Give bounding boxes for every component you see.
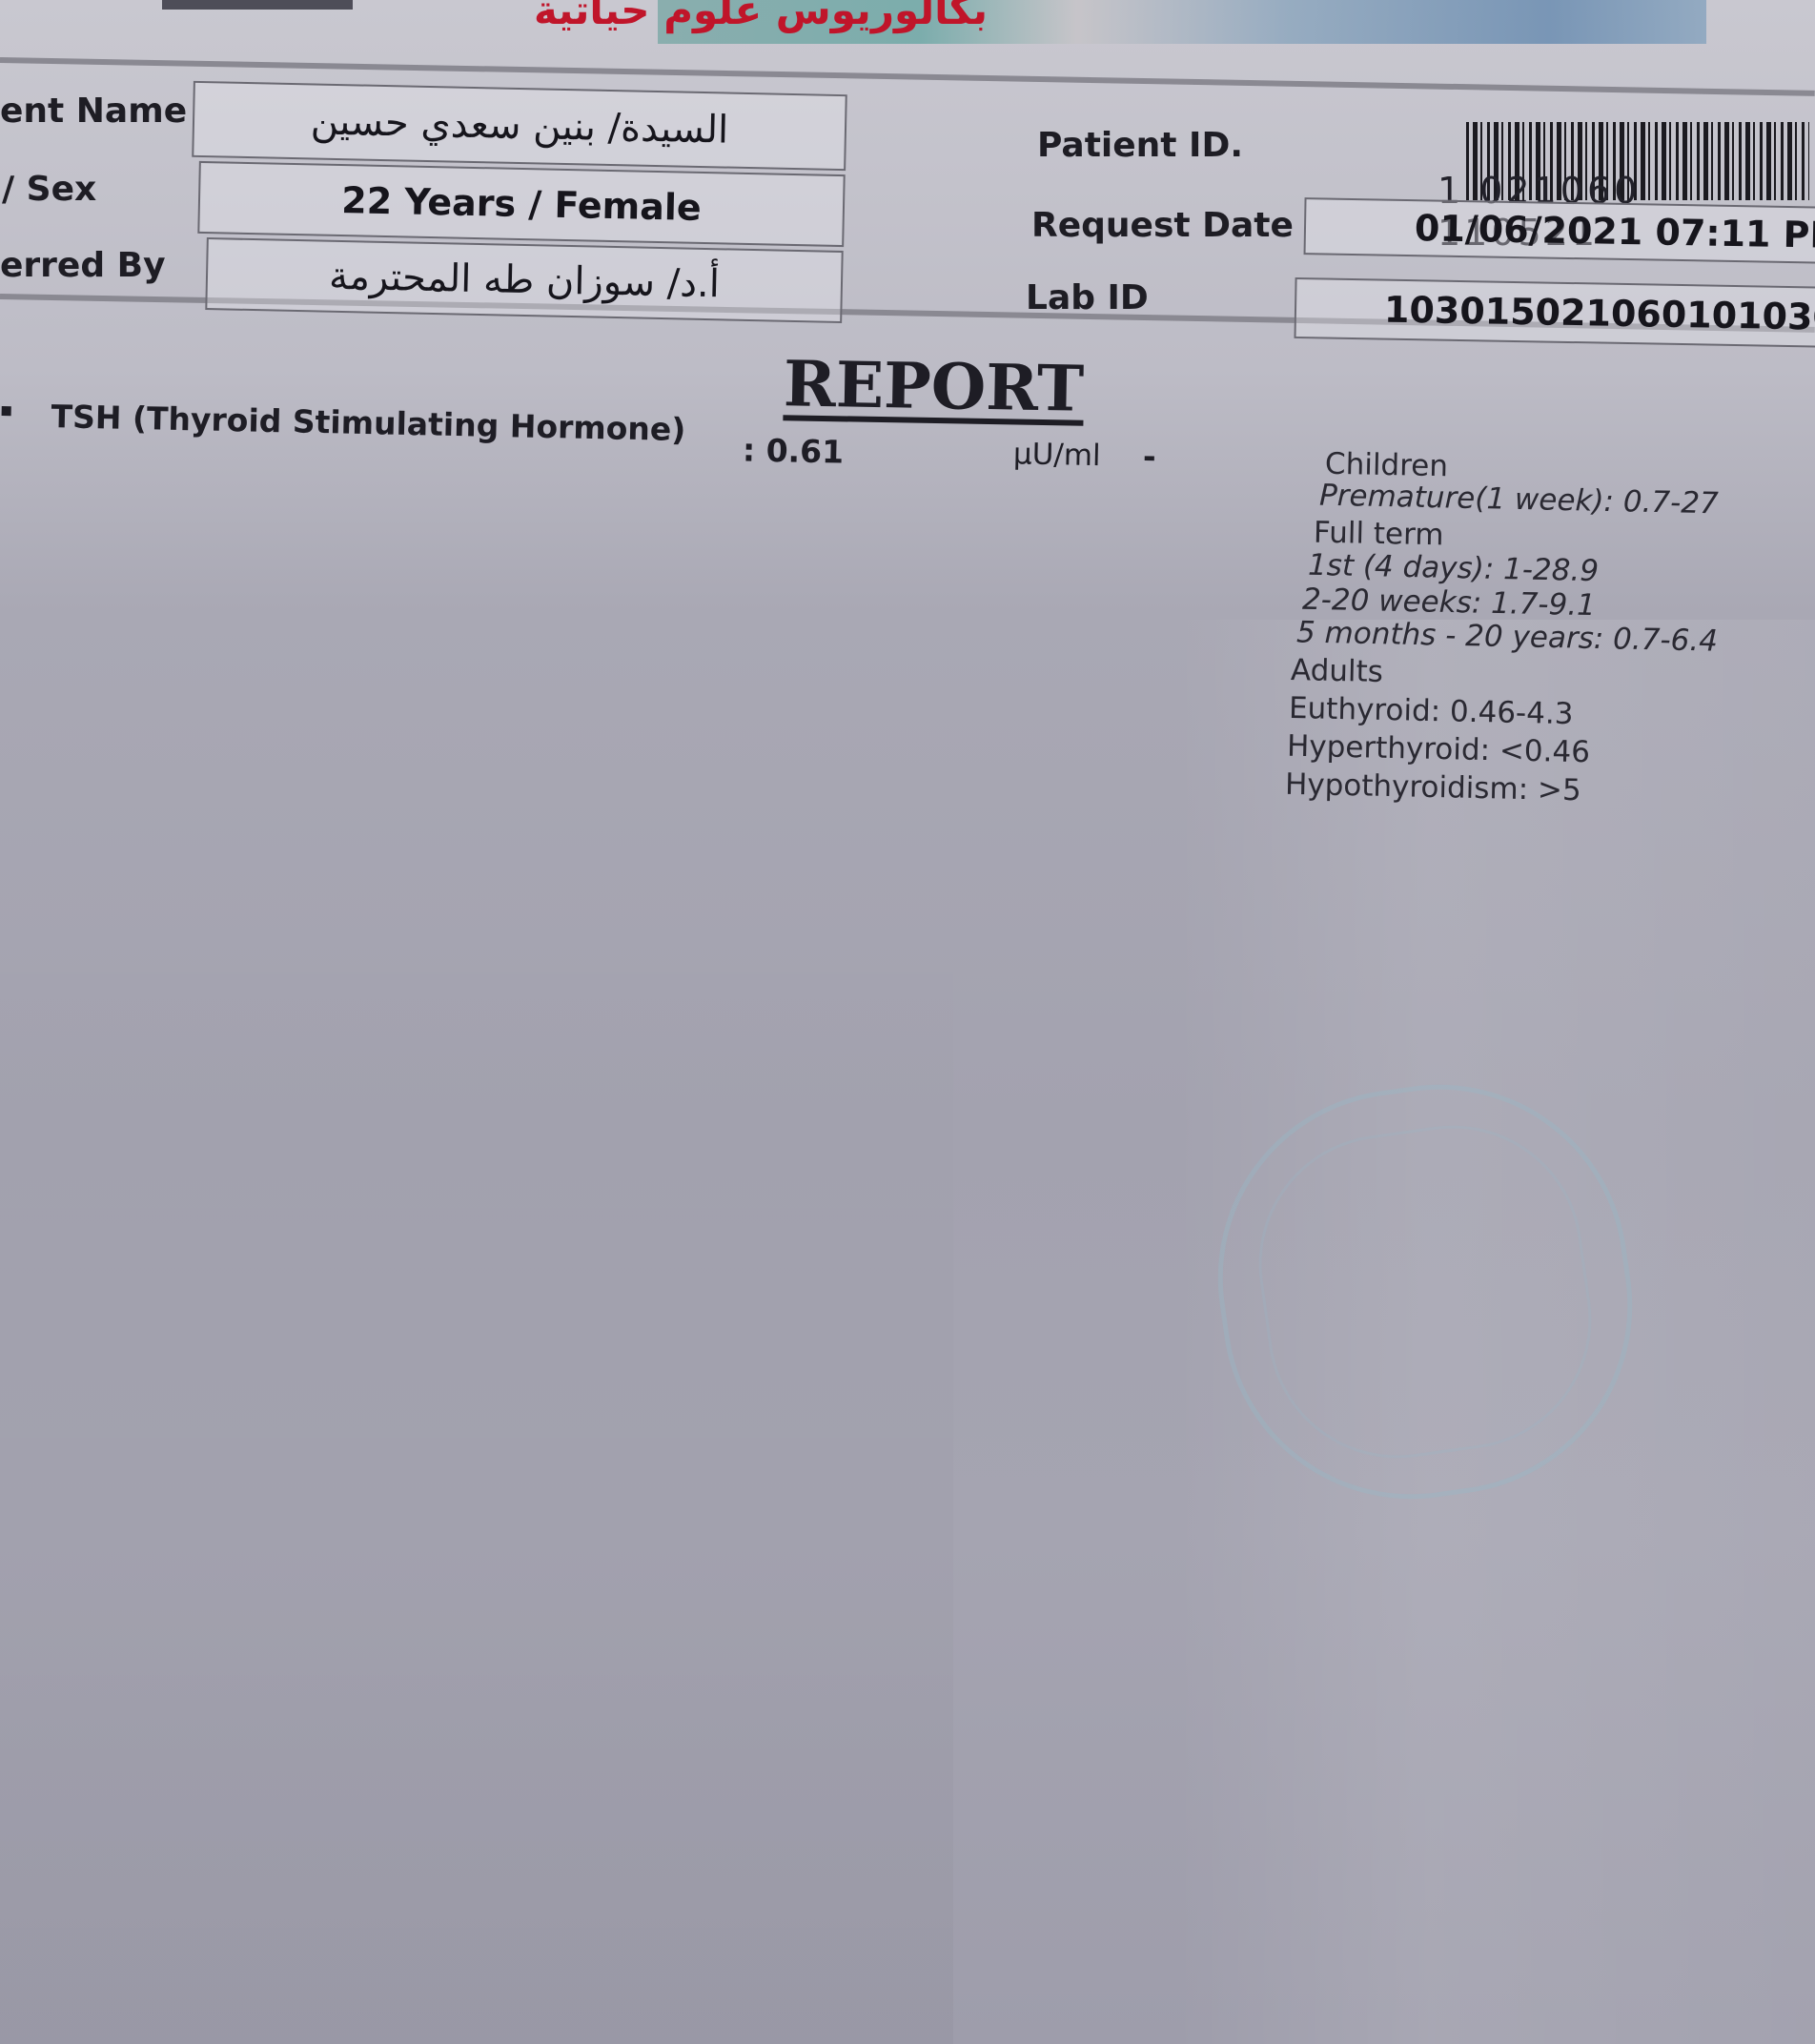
patient-id-label: Patient ID. [1037, 126, 1243, 165]
banner-title: بكالوريوس علوم حياتية [534, 0, 988, 33]
request-date-field: 01/06/2021 07:11 PM [1304, 197, 1815, 264]
reference-range-line: Hyperthyroid: <0.46 [1287, 729, 1591, 770]
lab-id-field: 10301502106010103015 [1294, 277, 1815, 348]
reference-range-line: 1st (4 days): 1-28.9 [1308, 548, 1600, 588]
reference-range-line: Adults [1291, 653, 1384, 689]
age-sex-field: 22 Years / Female [197, 161, 845, 247]
banner-strip [162, 0, 353, 10]
test-unit: µU/ml [1013, 437, 1101, 473]
test-name: TSH (Thyroid Stimulating Hormone) [51, 398, 686, 448]
paper-shading [0, 858, 953, 2044]
referred-by-field: أ.د/ سوزان طه المحترمة [205, 237, 843, 323]
test-value: : 0.61 [743, 431, 845, 470]
lab-id-label: Lab ID [1026, 278, 1149, 317]
bullet-icon [2, 406, 11, 416]
reference-range-line: Hypothyroidism: >5 [1285, 767, 1581, 807]
header-banner: بكالوريوس علوم حياتية [0, 0, 1815, 46]
patient-name-field: السيدة/ بنين سعدي حسين [192, 81, 847, 171]
patient-name-label: ent Name [0, 92, 187, 131]
reference-range-line: Premature(1 week): 0.7-27 [1319, 479, 1719, 521]
reference-range-line: Euthyroid: 0.46-4.3 [1289, 691, 1574, 731]
report-title: REPORT [783, 346, 1084, 425]
request-date-label: Request Date [1031, 206, 1294, 245]
reference-range-line: Full term [1314, 516, 1444, 553]
referred-by-label: erred By [0, 246, 166, 285]
test-flag: - [1143, 438, 1157, 475]
age-sex-label: / Sex [2, 170, 96, 209]
